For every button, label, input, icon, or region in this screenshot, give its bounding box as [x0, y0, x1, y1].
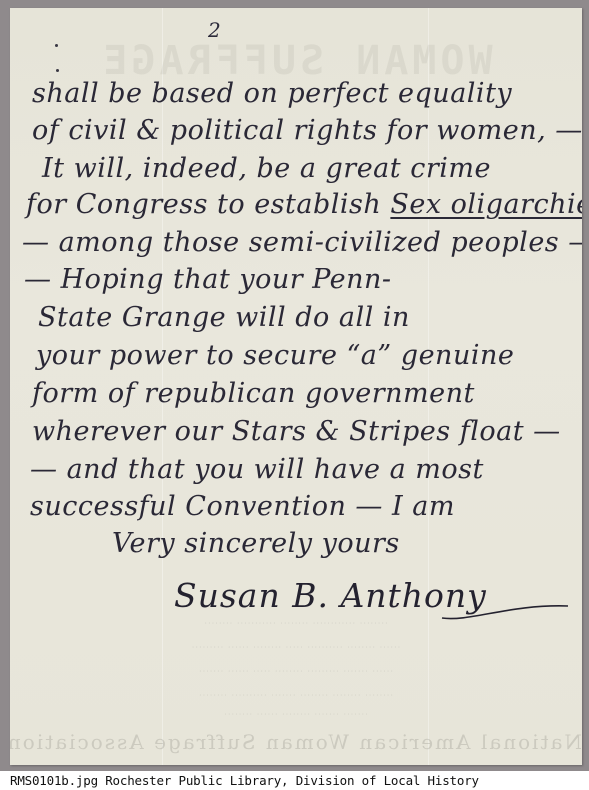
ink-dot — [56, 69, 59, 72]
scan-frame: WOMAN SUFFRAGE ········ ············ ···… — [0, 0, 589, 771]
letterhead-show-through-text: ······ ········ ·········· ····· ·······… — [10, 644, 582, 651]
handwritten-line: It will, indeed, be a great crime — [42, 153, 491, 184]
handwritten-line: successful Convention — I am — [30, 491, 455, 522]
handwritten-line: for Congress to establish Sex oligarchie… — [26, 189, 582, 220]
handwritten-line-text: for Congress to establish — [26, 189, 381, 220]
letterhead-show-through-text: ······· ······· ········ ······ ········ — [10, 711, 582, 718]
letterhead-show-through-text: ······ ······· ········· ········ ····· … — [10, 668, 582, 675]
handwritten-line: — and that you will have a most — [30, 454, 484, 485]
handwritten-line: — among those semi-civilized peoples — — [22, 227, 582, 258]
letterhead-show-through-text: ········ ········ ········ ······· ·····… — [10, 692, 582, 699]
handwritten-line: State Grange will do all in — [38, 302, 410, 333]
underlined-phrase: Sex oligarchies — [390, 189, 582, 220]
signature-flourish-icon — [440, 600, 570, 622]
handwritten-line: shall be based on perfect equality — [32, 78, 512, 109]
page-number: 2 — [208, 18, 221, 42]
ink-dot — [55, 44, 58, 47]
handwritten-line: — Hoping that your Penn- — [24, 264, 392, 295]
letter-page: WOMAN SUFFRAGE ········ ············ ···… — [10, 8, 582, 765]
handwritten-line: form of republican government — [32, 378, 475, 409]
letterhead-show-through-footer: National American Woman Suffrage Associa… — [10, 730, 582, 754]
handwritten-line: your power to secure “a” genuine — [36, 340, 514, 371]
closing-line: Very sincerely yours — [112, 528, 400, 559]
image-caption: RMS0101b.jpg Rochester Public Library, D… — [10, 773, 479, 788]
handwritten-line: wherever our Stars & Stripes float — — [32, 416, 561, 447]
handwritten-line: of civil & political rights for women, — — [32, 115, 582, 146]
